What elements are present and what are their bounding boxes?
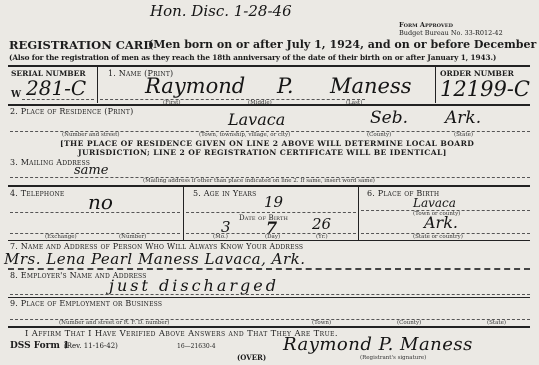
divider	[358, 186, 359, 240]
divider	[8, 297, 530, 298]
telephone-underline-2	[10, 233, 180, 234]
print-code: 16—21630-4	[177, 343, 216, 350]
date-of-birth-label: Date of Birth	[239, 214, 288, 222]
telephone-label: 4. Telephone	[10, 189, 64, 198]
name-underline	[100, 99, 365, 100]
residence-town-value: Lavaca	[228, 110, 285, 129]
employer-value: just discharged	[109, 276, 279, 295]
budget-bureau-number: Budget Bureau No. 33-R012-42	[399, 29, 503, 37]
residence-county-value: Seb.	[370, 108, 408, 128]
jurisdiction-notice-line1: [THE PLACE OF RESIDENCE GIVEN ON LINE 2 …	[60, 139, 474, 148]
serial-prefix: W	[11, 90, 21, 100]
birth-town-value: Lavaca	[413, 196, 456, 210]
employer-underline	[10, 294, 530, 295]
divider	[8, 104, 530, 106]
county-hint: (County)	[367, 132, 391, 138]
divider	[97, 66, 98, 103]
eligibility-note: (Men born on or after July 1, 1924, and …	[148, 38, 539, 51]
over-note: (OVER)	[237, 353, 266, 362]
subtitle-note: (Also for the registration of men as the…	[9, 53, 496, 62]
signature-hint: (Registrant's signature)	[360, 355, 426, 361]
state-hint: (State)	[454, 132, 473, 138]
middle-name-value: P.	[277, 74, 294, 98]
form-approved-label: Form Approved	[399, 21, 453, 29]
age-value: 19	[264, 193, 283, 211]
order-number-value: 12199-C	[440, 77, 530, 101]
registration-card: Hon. Disc. 1-28-46 Form Approved Budget …	[0, 0, 539, 365]
residence-state-value: Ark.	[445, 108, 481, 128]
serial-underline	[22, 99, 94, 100]
mailing-address-value: same	[74, 163, 108, 178]
contact-person-value: Mrs. Lena Pearl Maness Lavaca, Ark.	[4, 250, 306, 268]
divider	[8, 185, 530, 187]
form-revision: (Rev. 11-16-42)	[64, 342, 118, 350]
street-hint: (Number and street)	[62, 132, 120, 138]
registrant-signature: Raymond P. Maness	[283, 334, 473, 355]
first-name-value: Raymond	[145, 74, 245, 98]
birth-year-value: 26	[312, 215, 331, 233]
telephone-value: no	[88, 190, 113, 214]
town-hint: (Town, township, village, or city)	[199, 132, 290, 138]
employment-place-label: 9. Place of Employment or Business	[10, 299, 162, 308]
jurisdiction-notice-line2: JURISDICTION; LINE 2 OF REGISTRATION CER…	[78, 148, 447, 157]
serial-number-value: 281-C	[26, 76, 86, 100]
divider	[8, 240, 530, 241]
form-id: DSS Form 1	[10, 341, 69, 351]
last-name-value: Maness	[330, 74, 412, 98]
discharge-annotation: Hon. Disc. 1-28-46	[150, 2, 292, 20]
telephone-underline-1	[10, 212, 180, 213]
mailing-address-hint: (Mailing address if other than place ind…	[143, 178, 375, 184]
divider	[435, 66, 436, 103]
divider	[8, 65, 530, 67]
age-underline	[186, 212, 356, 213]
contact-underline	[8, 268, 530, 270]
card-title: REGISTRATION CARD	[9, 38, 153, 52]
divider	[183, 186, 184, 240]
residence-label: 2. Place of Residence (Print)	[10, 107, 133, 116]
birth-state-value: Ark.	[424, 213, 458, 232]
age-label: 5. Age in Years	[193, 189, 256, 198]
